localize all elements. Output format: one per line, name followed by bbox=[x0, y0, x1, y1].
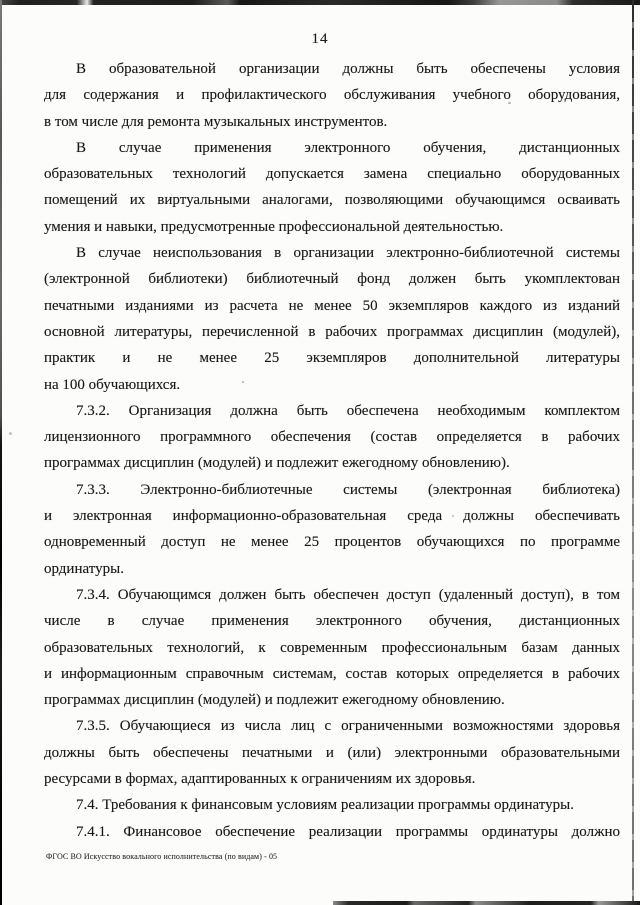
text-line: ординатуры. bbox=[44, 556, 620, 582]
text-line: программах дисциплин (модулей) и подлежи… bbox=[44, 450, 620, 476]
text-line: основной литературы, перечисленной в раб… bbox=[44, 319, 620, 345]
text-line: в том числе для ремонта музыкальных инст… bbox=[44, 109, 620, 135]
text-line: на 100 обучающихся. bbox=[44, 372, 620, 398]
text-line: лицензионного программного обеспечения (… bbox=[44, 424, 620, 450]
text-line: В случае неиспользования в организации э… bbox=[44, 240, 620, 266]
text-line: В случае применения электронного обучени… bbox=[44, 135, 620, 161]
text-line: 7.3.2. Организация должна быть обеспечен… bbox=[44, 398, 620, 424]
scan-speck bbox=[9, 432, 12, 435]
scan-artifact-right-edge bbox=[632, 0, 634, 905]
text-line: образовательных технологий, к современны… bbox=[44, 635, 620, 661]
text-line: и электронная информационно-образователь… bbox=[44, 503, 620, 529]
text-line: программах дисциплин (модулей) и подлежи… bbox=[44, 687, 620, 713]
text-line: В образовательной организации должны быт… bbox=[44, 56, 620, 82]
scan-artifact-top-edge bbox=[0, 0, 640, 5]
text-line: ресурсами в формах, адаптированных к огр… bbox=[44, 766, 620, 792]
text-line: одновременный доступ не менее 25 процент… bbox=[44, 529, 620, 555]
text-line: 7.4. Требования к финансовым условиям ре… bbox=[44, 792, 620, 818]
scan-artifact-left-edge bbox=[0, 0, 2, 905]
text-line: числе в случае применения электронного о… bbox=[44, 608, 620, 634]
page-number: 14 bbox=[0, 31, 640, 48]
text-line: 7.3.5. Обучающиеся из числа лиц с ограни… bbox=[44, 713, 620, 739]
document-body: В образовательной организации должны быт… bbox=[44, 56, 620, 845]
text-line: практик и не менее 25 экземпляров дополн… bbox=[44, 345, 620, 371]
text-line: и информационным справочным системам, со… bbox=[44, 661, 620, 687]
text-line: печатными изданиями из расчета не менее … bbox=[44, 293, 620, 319]
text-line: 7.3.3. Электронно-библиотечные системы (… bbox=[44, 477, 620, 503]
text-line: 7.3.4. Обучающимся должен быть обеспечен… bbox=[44, 582, 620, 608]
text-line: помещений их виртуальными аналогами, поз… bbox=[44, 187, 620, 213]
scanned-document-page: 14 В образовательной организации должны … bbox=[0, 0, 640, 905]
text-line: (электронной библиотеки) библиотечный фо… bbox=[44, 266, 620, 292]
text-line: 7.4.1. Финансовое обеспечение реализации… bbox=[44, 819, 620, 845]
footer-standard-label: ФГОС ВО Искусство вокального исполнитель… bbox=[46, 852, 277, 861]
text-line: для содержания и профилактического обслу… bbox=[44, 82, 620, 108]
text-line: должны быть обеспечены печатными и (или)… bbox=[44, 740, 620, 766]
text-line: образовательных технологий допускается з… bbox=[44, 161, 620, 187]
text-line: умения и навыки, предусмотренные професс… bbox=[44, 214, 620, 240]
scan-artifact-bottom-edge bbox=[333, 901, 640, 905]
